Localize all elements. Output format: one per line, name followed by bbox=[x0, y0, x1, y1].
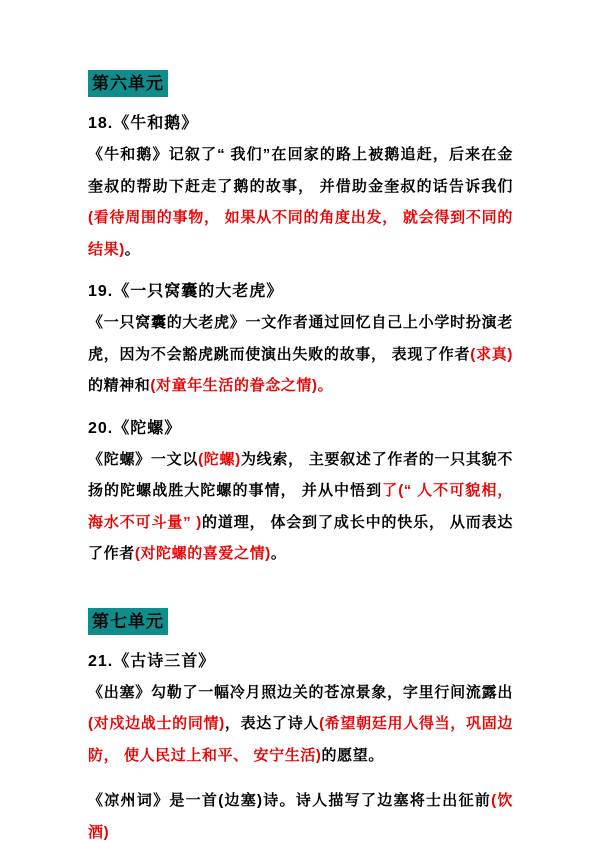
lesson-title: 21.《古诗三首》 bbox=[88, 651, 513, 673]
answer-text-segment: (求真) bbox=[470, 346, 513, 363]
answer-text-segment: (看待周围的事物， 如果从不同的角度出发， 就会得到不同的结果) bbox=[88, 209, 513, 258]
body-text-segment: 《一只窝囊的大老虎》一文作者通过回忆自己上小学时扮演老虎，因为不会豁虎跳而使演出… bbox=[88, 314, 513, 363]
body-text-segment: 《凉州词》是一首(边塞)诗。诗人描写了边塞将士出征前 bbox=[88, 792, 491, 809]
unit-heading: 第七单元 bbox=[88, 608, 513, 635]
lesson-title: 20.《陀螺》 bbox=[88, 418, 513, 440]
lesson-title: 19.《一只窝囊的大老虎》 bbox=[88, 281, 513, 303]
lesson-paragraph: 《一只窝囊的大老虎》一文作者通过回忆自己上小学时扮演老虎，因为不会豁虎跳而使演出… bbox=[88, 307, 513, 402]
unit-heading-highlight: 第七单元 bbox=[88, 608, 168, 635]
answer-text-segment: (陀螺) bbox=[198, 451, 241, 468]
body-text-segment: 《出塞》勾勒了一幅冷月照边关的苍凉景象，字里行间流露出 bbox=[88, 684, 513, 701]
body-text-segment: 的愿望。 bbox=[322, 747, 384, 764]
lesson-paragraph: 《牛和鹅》记叙了“ 我们”在回家的路上被鹅追赶，后来在金奎叔的帮助下赶走了鹅的故… bbox=[88, 139, 513, 265]
body-text-segment: 《陀螺》一文以 bbox=[88, 451, 198, 468]
body-text-segment: 的精神和 bbox=[88, 377, 150, 394]
document-page: 第六单元18.《牛和鹅》《牛和鹅》记叙了“ 我们”在回家的路上被鹅追赶，后来在金… bbox=[0, 0, 595, 842]
document-content: 第六单元18.《牛和鹅》《牛和鹅》记叙了“ 我们”在回家的路上被鹅追赶，后来在金… bbox=[88, 70, 513, 842]
answer-text-segment: (对童年生活的眷念之情)。 bbox=[150, 377, 333, 394]
unit-heading: 第六单元 bbox=[88, 70, 513, 97]
lesson-paragraph: 《凉州词》是一首(边塞)诗。诗人描写了边塞将士出征前(饮酒) bbox=[88, 785, 513, 842]
unit-heading-highlight: 第六单元 bbox=[88, 70, 168, 97]
body-text-segment: ，表达了诗人 bbox=[225, 715, 319, 732]
answer-text-segment: (对陀螺的喜爱之情) bbox=[135, 545, 271, 562]
body-text-segment: 。 bbox=[125, 241, 141, 258]
lesson-title: 18.《牛和鹅》 bbox=[88, 113, 513, 135]
body-text-segment: 《牛和鹅》记叙了“ 我们”在回家的路上被鹅追赶，后来在金奎叔的帮助下赶走了鹅的故… bbox=[88, 146, 513, 195]
body-text-segment: 。 bbox=[271, 545, 287, 562]
lesson-paragraph: 《陀螺》一文以(陀螺)为线索， 主要叙述了作者的一只其貌不扬的陀螺战胜大陀螺的事… bbox=[88, 444, 513, 570]
answer-text-segment: (对戍边战士的同情) bbox=[88, 715, 225, 732]
lesson-paragraph: 《出塞》勾勒了一幅冷月照边关的苍凉景象，字里行间流露出(对戍边战士的同情)，表达… bbox=[88, 677, 513, 772]
